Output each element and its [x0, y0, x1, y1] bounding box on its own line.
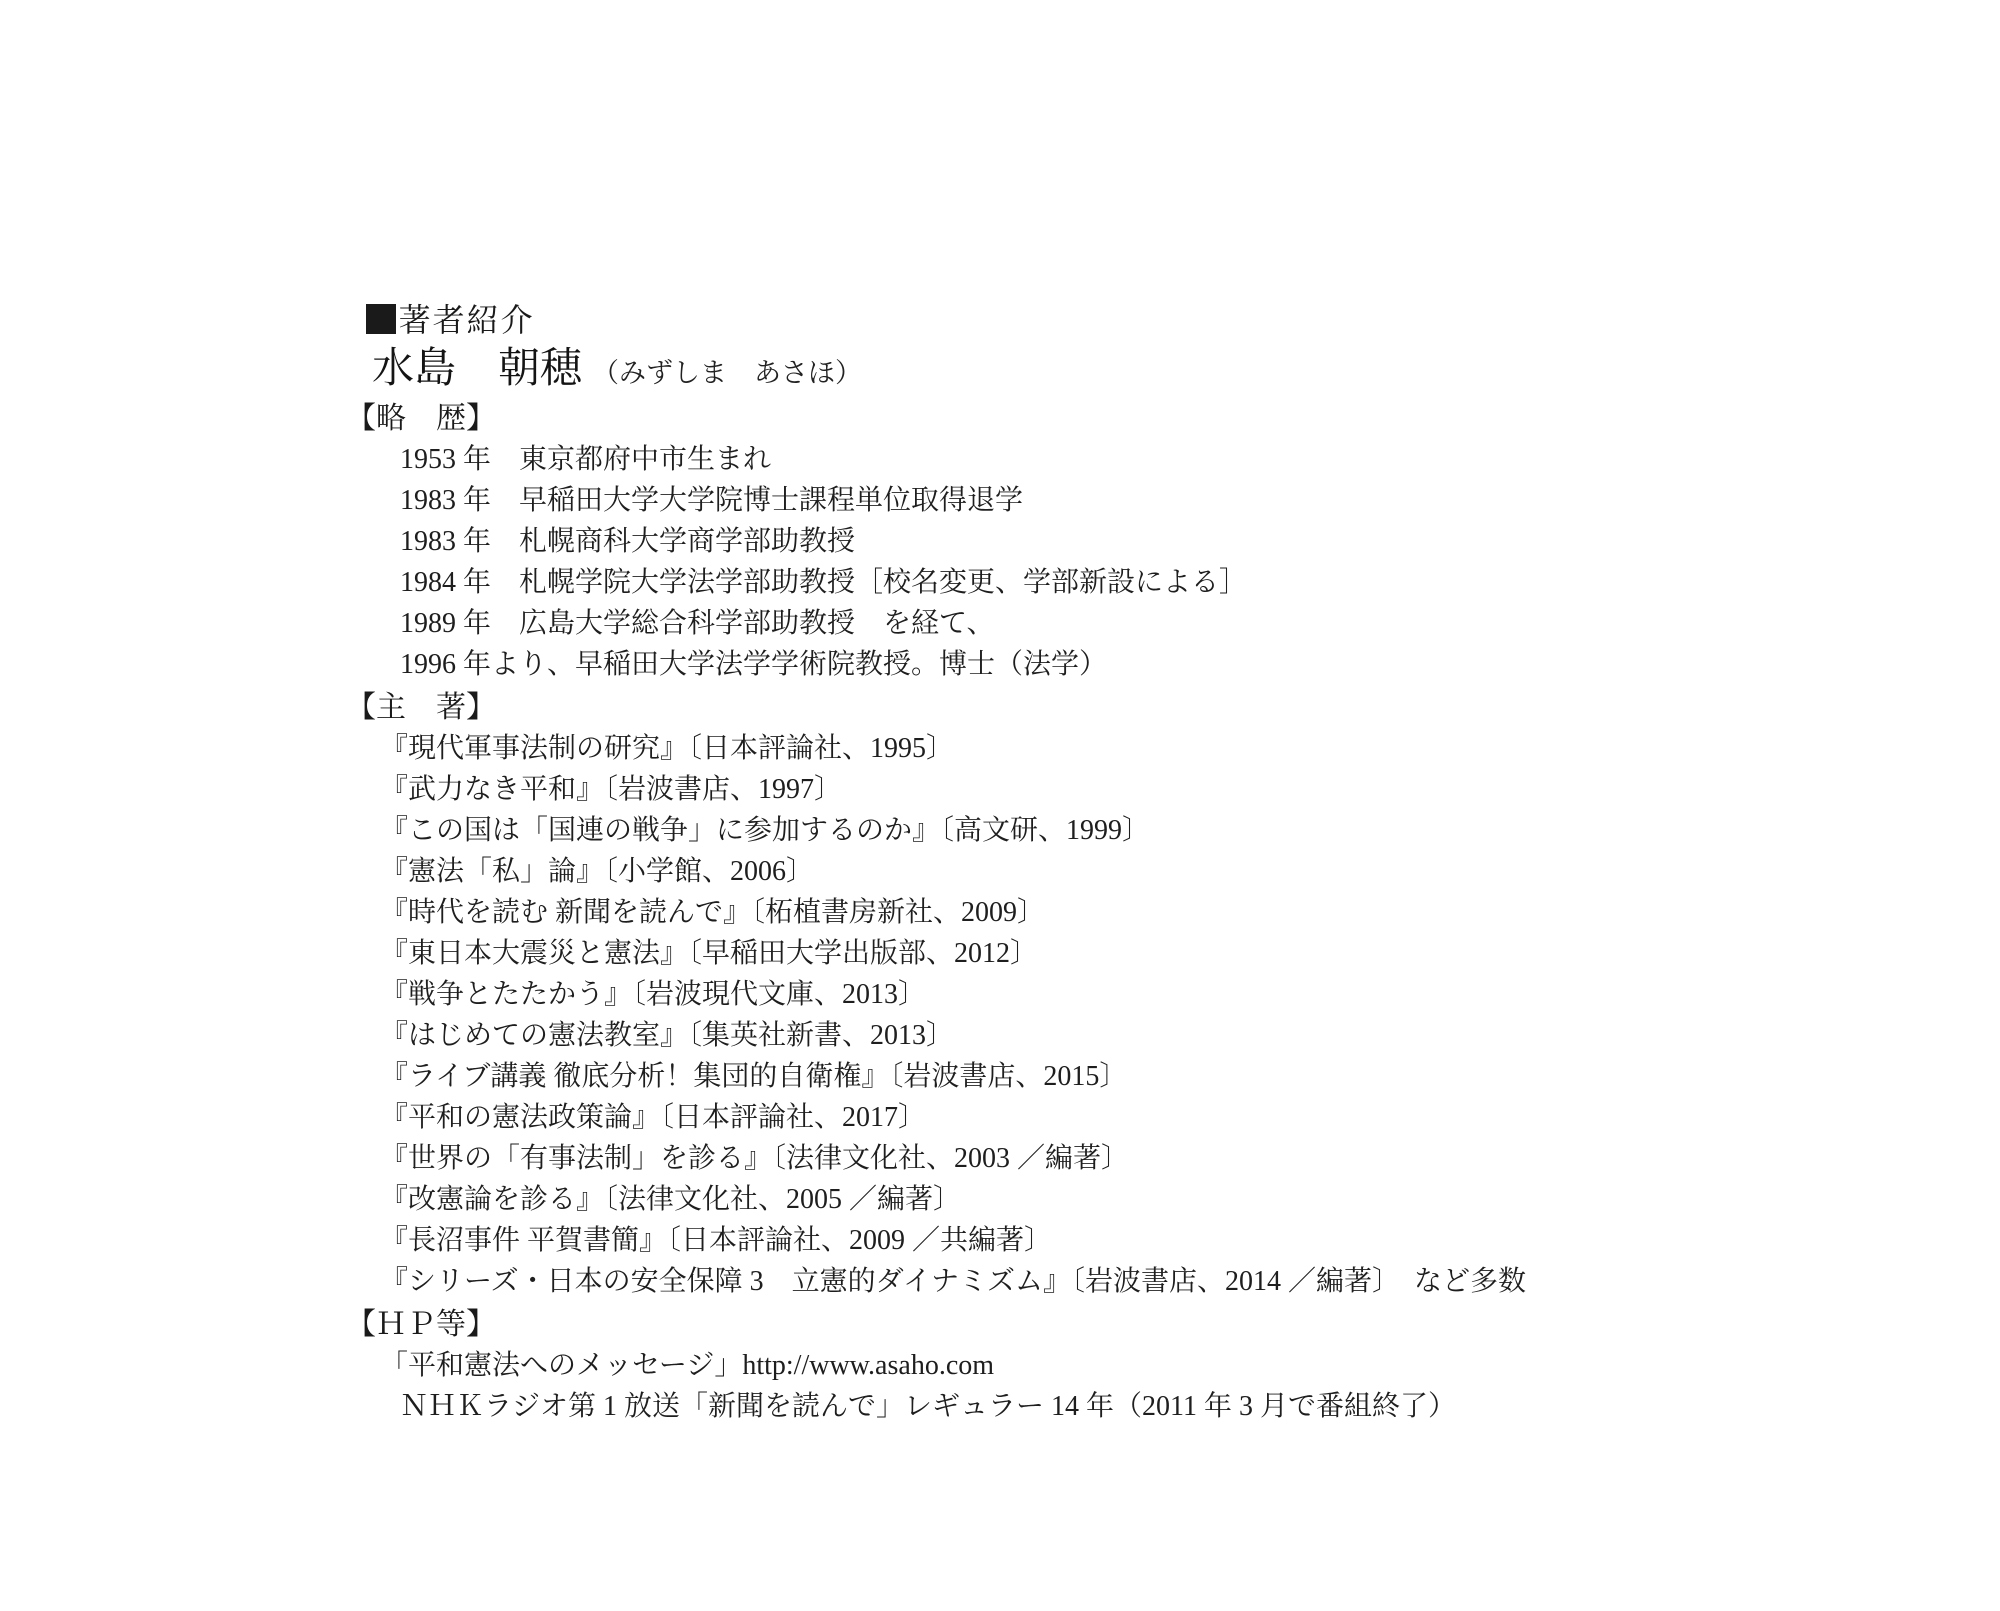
list-item: 「平和憲法へのメッセージ」http://www.asaho.com: [0, 1345, 2000, 1386]
list-item: 『東日本大震災と憲法』〔早稲田大学出版部、2012〕: [0, 933, 2000, 974]
list-item: 『武力なき平和』〔岩波書店、1997〕: [0, 769, 2000, 810]
list-item: 1996 年より、早稲田大学法学学術院教授。博士（法学）: [0, 644, 2000, 685]
list-item: 『長沼事件 平賀書簡』〔日本評論社、2009 ／共編著〕: [0, 1220, 2000, 1261]
section-title: 【略 歴】: [0, 398, 2000, 439]
list-item: 『シリーズ・日本の安全保障 3 立憲的ダイナミズム』〔岩波書店、2014 ／編著…: [0, 1261, 2000, 1302]
author-intro-page: ■著者紹介 水島 朝穂（みずしま あさほ） 【略 歴】1953 年 東京都府中市…: [0, 0, 2000, 1611]
list-item: 1984 年 札幌学院大学法学部助教授［校名変更、学部新設による］: [0, 562, 2000, 603]
sections: 【略 歴】1953 年 東京都府中市生まれ1983 年 早稲田大学大学院博士課程…: [0, 396, 2000, 1427]
author-name: 水島 朝穂: [372, 346, 582, 392]
list-item: 『平和の憲法政策論』〔日本評論社、2017〕: [0, 1097, 2000, 1138]
list-item: 『世界の「有事法制」を診る』〔法律文化社、2003 ／編著〕: [0, 1138, 2000, 1179]
author-name-reading: （みずしま あさほ）: [592, 358, 862, 388]
section-title: 【主 著】: [0, 687, 2000, 728]
list-item: 1953 年 東京都府中市生まれ: [0, 439, 2000, 480]
list-item: 『改憲論を診る』〔法律文化社、2005 ／編著〕: [0, 1179, 2000, 1220]
list-item: 1983 年 札幌商科大学商学部助教授: [0, 521, 2000, 562]
list-item: 『現代軍事法制の研究』〔日本評論社、1995〕: [0, 728, 2000, 769]
list-item: 1983 年 早稲田大学大学院博士課程単位取得退学: [0, 480, 2000, 521]
list-item: 『ライブ講義 徹底分析！集団的自衛権』〔岩波書店、2015〕: [0, 1056, 2000, 1097]
list-item: 『戦争とたたかう』〔岩波現代文庫、2013〕: [0, 974, 2000, 1015]
list-item: 『はじめての憲法教室』〔集英社新書、2013〕: [0, 1015, 2000, 1056]
list-item: 『この国は「国連の戦争」に参加するのか』〔高文研、1999〕: [0, 810, 2000, 851]
list-item: ＮＨＫラジオ第 1 放送「新聞を読んで」レギュラー 14 年（2011 年 3 …: [0, 1386, 2000, 1427]
list-item: 『憲法「私」論』〔小学館、2006〕: [0, 851, 2000, 892]
section-title: 【ＨＰ等】: [0, 1304, 2000, 1345]
list-item: 『時代を読む 新聞を読んで』〔柘植書房新社、2009〕: [0, 892, 2000, 933]
list-item: 1989 年 広島大学総合科学部助教授 を経て、: [0, 603, 2000, 644]
